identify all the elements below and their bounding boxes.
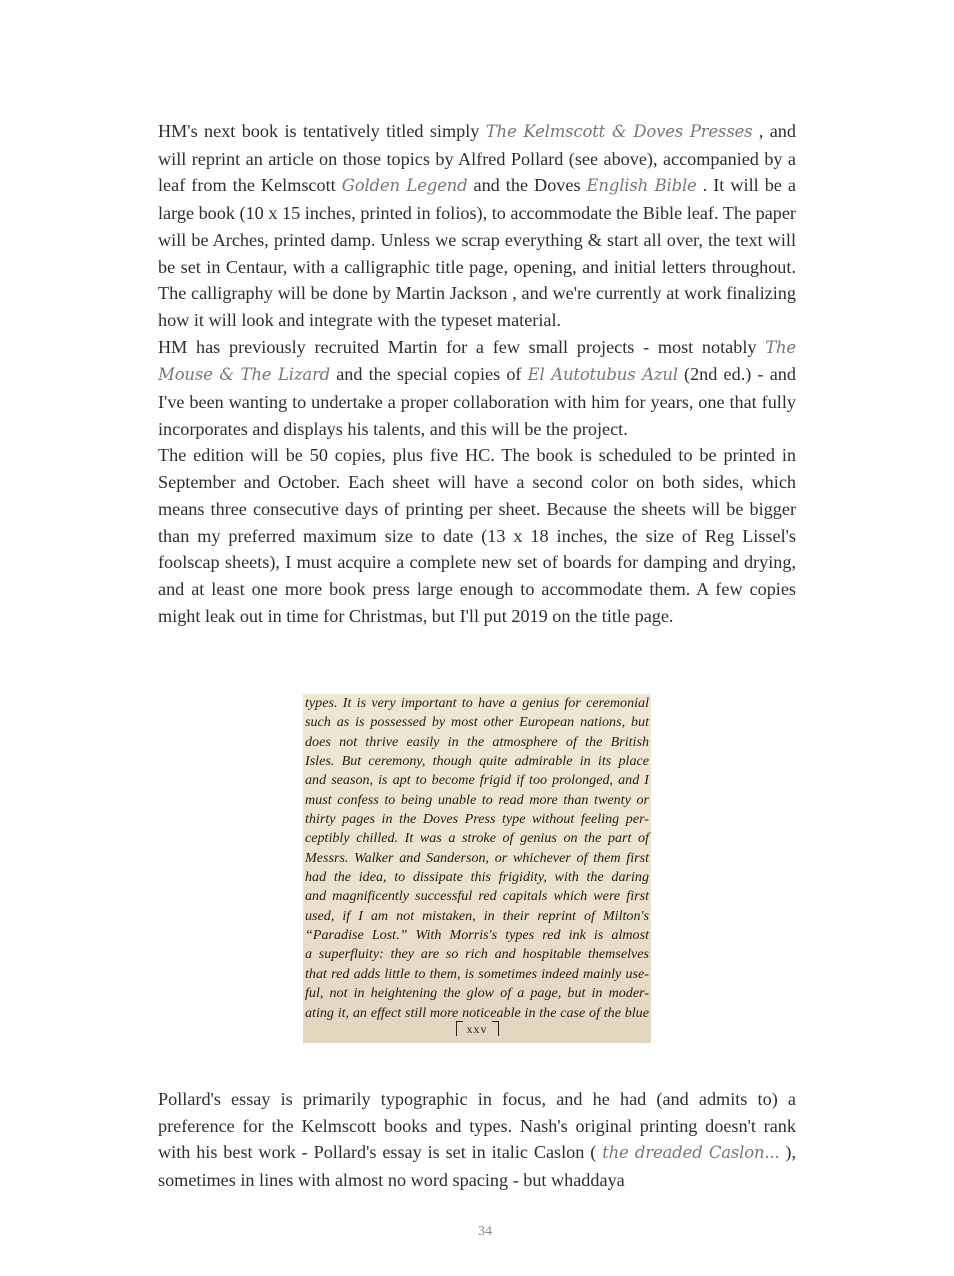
page-number: 34 bbox=[0, 1224, 954, 1240]
photo-text-line: ceptibly chilled. It was a stroke of gen… bbox=[305, 829, 649, 848]
text-run: . It will be a large book (10 x 15 inche… bbox=[158, 175, 796, 330]
photo-text-line: ful, not in heightening the glow of a pa… bbox=[305, 984, 649, 1003]
photo-text-line: such as is possessed by most other Europ… bbox=[305, 713, 649, 732]
photo-folio: xxv bbox=[303, 1021, 651, 1037]
text-run: and the special copies of bbox=[330, 364, 528, 384]
photo-text-line: Messrs. Walker and Sanderson, or whichev… bbox=[305, 849, 649, 868]
book-page-photo: types. It is very important to have a ge… bbox=[303, 694, 651, 1043]
photo-text-line: does not thrive easily in the atmosphere… bbox=[305, 733, 649, 752]
bracket-left-icon bbox=[456, 1021, 463, 1036]
photo-text-line: Isles. But ceremony, though quite admira… bbox=[305, 752, 649, 771]
text-run: HM has previously recruited Martin for a… bbox=[158, 337, 765, 357]
photo-text-line: used, if I am not mistaken, in their rep… bbox=[305, 907, 649, 926]
paragraph-martin: HM has previously recruited Martin for a… bbox=[158, 334, 796, 443]
photo-text-line: thirty pages in the Doves Press type wit… bbox=[305, 810, 649, 829]
photo-text-line: ating it, an effect still more noticeabl… bbox=[305, 1004, 649, 1023]
aside-italic: the dreaded Caslon... bbox=[602, 1143, 779, 1162]
photo-text-line: had the idea, to dissipate this frigidit… bbox=[305, 868, 649, 887]
photo-text-line: a superfluity: they are so rich and hosp… bbox=[305, 945, 649, 964]
book-title-italic: The Kelmscott & Doves Presses bbox=[486, 122, 753, 141]
text-run: and the Doves bbox=[467, 175, 586, 195]
photo-text-line: and season, is apt to become frigid if t… bbox=[305, 771, 649, 790]
photo-folio-number: xxv bbox=[467, 1022, 488, 1036]
photo-text-line: types. It is very important to have a ge… bbox=[305, 694, 649, 713]
book-title-italic: Golden Legend bbox=[342, 176, 468, 195]
text-run: HM's next book is tentatively titled sim… bbox=[158, 121, 486, 141]
photo-text-line: and magnificently successful red capital… bbox=[305, 887, 649, 906]
paragraph-edition: The edition will be 50 copies, plus five… bbox=[158, 442, 796, 629]
bracket-right-icon bbox=[492, 1021, 499, 1036]
photo-text-line: that red adds little to them, is sometim… bbox=[305, 965, 649, 984]
photo-text: types. It is very important to have a ge… bbox=[305, 694, 649, 1023]
document-page: HM's next book is tentatively titled sim… bbox=[0, 0, 954, 1276]
book-title-italic: English Bible bbox=[587, 176, 697, 195]
paragraph-next-book: HM's next book is tentatively titled sim… bbox=[158, 118, 796, 334]
paragraph-pollard: Pollard's essay is primarily typographic… bbox=[158, 1086, 796, 1194]
body-text-top: HM's next book is tentatively titled sim… bbox=[158, 118, 796, 629]
text-run: The edition will be 50 copies, plus five… bbox=[158, 445, 796, 625]
book-title-italic: El Autotubus Azul bbox=[528, 365, 678, 384]
body-text-bottom: Pollard's essay is primarily typographic… bbox=[158, 1086, 796, 1194]
photo-text-line: “Paradise Lost.” With Morris's types red… bbox=[305, 926, 649, 945]
photo-text-line: must confess to being unable to read mor… bbox=[305, 791, 649, 810]
